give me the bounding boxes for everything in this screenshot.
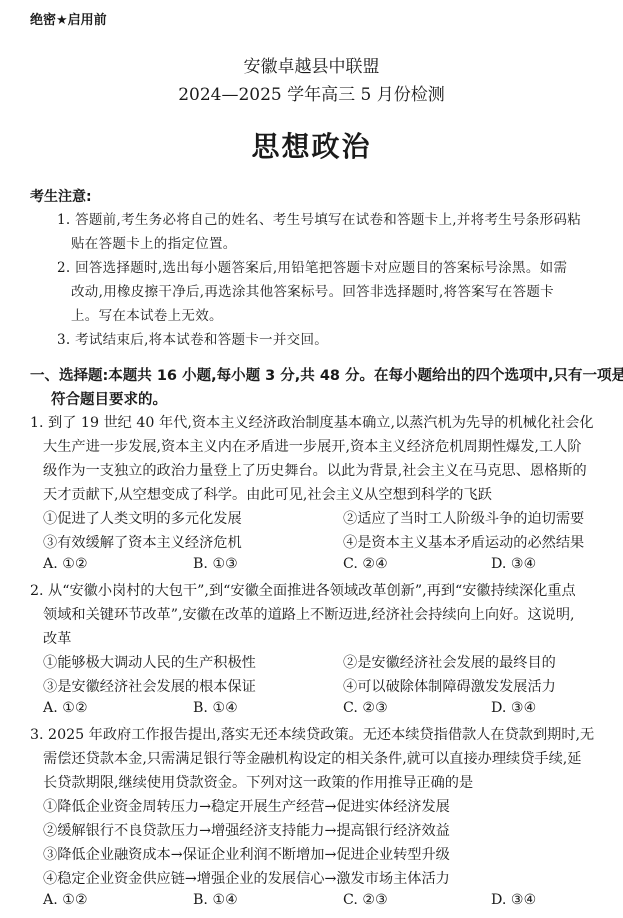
section-line: 一、选择题:本题共 16 小题,每小题 3 分,共 48 分。在每小题给出的四个… (30, 364, 623, 385)
question-text: 级作为一支独立的政治力量登上了历史舞台。以此为背景,社会主义在马克思、恩格斯的 (43, 460, 587, 480)
notice-line: 3. 考试结束后,将本试卷和答题卡一并交回。 (57, 328, 328, 348)
question-text: 长贷款期限,继续使用贷款资金。下列对这一政策的作用推导正确的是 (43, 772, 473, 792)
choice-c: C. ②④ (343, 556, 388, 572)
statement: ③是安徽经济社会发展的根本保证 (43, 676, 256, 696)
question-text: 1. 到了 19 世纪 40 年代,资本主义经济政治制度基本确立,以蒸汽机为先导… (30, 412, 594, 432)
choice-d: D. ③④ (491, 556, 536, 572)
question-text: 大生产进一步发展,资本主义内在矛盾进一步展开,资本主义经济危机周期性爆发,工人阶 (43, 436, 581, 456)
notice-line: 1. 答题前,考生务必将自己的姓名、考生号填写在试卷和答题卡上,并将考生号条形码… (57, 208, 581, 228)
statement: ④是资本主义基本矛盾运动的必然结果 (343, 532, 584, 552)
statement: ①能够极大调动人民的生产积极性 (43, 652, 256, 672)
choice-d: D. ③④ (491, 892, 536, 908)
question-text: 领域和关键环节改革”,安徽在改革的道路上不断迈进,经济社会持续向上向好。这说明, (43, 604, 575, 624)
confidential-label: 绝密★启用前 (30, 9, 107, 28)
choice-b: B. ①④ (193, 700, 238, 716)
question-text: 3. 2025 年政府工作报告提出,落实无还本续贷政策。无还本续贷指借款人在贷款… (30, 724, 594, 744)
choice-c: C. ②③ (343, 700, 388, 716)
statement: ①促进了人类文明的多元化发展 (43, 508, 242, 528)
statement: ①降低企业资金周转压力→稳定开展生产经营→促进实体经济发展 (43, 796, 450, 816)
statement: ④稳定企业资金供应链→增强企业的发展信心→激发市场主体活力 (43, 868, 450, 888)
question-text: 需偿还贷款本金,只需满足银行等金融机构设定的相关条件,就可以直接办理续贷手续,延 (43, 748, 581, 768)
choice-a: A. ①② (43, 556, 88, 572)
organization-title: 安徽卓越县中联盟 (0, 52, 623, 77)
exam-term: 2024—2025 学年高三 5 月份检测 (0, 80, 623, 105)
choice-a: A. ①② (43, 700, 88, 716)
choice-c: C. ②③ (343, 892, 388, 908)
notice-line: 改动,用橡皮擦干净后,再选涂其他答案标号。回答非选择题时,将答案写在答题卡 (71, 280, 554, 300)
notice-line: 贴在答题卡上的指定位置。 (71, 232, 237, 252)
choice-d: D. ③④ (491, 700, 536, 716)
statement: ③有效缓解了资本主义经济危机 (43, 532, 242, 552)
choice-b: B. ①③ (193, 556, 238, 572)
notice-line: 2. 回答选择题时,选出每小题答案后,用铅笔把答题卡对应题目的答案标号涂黑。如需 (57, 256, 567, 276)
choice-a: A. ①② (43, 892, 88, 908)
notice-line: 上。写在本试卷上无效。 (71, 304, 223, 324)
section-line: 符合题目要求的。 (51, 388, 167, 409)
choice-b: B. ①④ (193, 892, 238, 908)
subject-title: 思想政治 (0, 125, 623, 165)
question-text: 2. 从“安徽小岗村的大包干”,到“安徽全面推进各领域改革创新”,再到“安徽持续… (30, 580, 576, 600)
notice-title: 考生注意: (30, 186, 92, 206)
statement: ②是安徽经济社会发展的最终目的 (343, 652, 556, 672)
statement: ②适应了当时工人阶级斗争的迫切需要 (343, 508, 584, 528)
statement: ②缓解银行不良贷款压力→增强经济支持能力→提高银行经济效益 (43, 820, 450, 840)
statement: ④可以破除体制障碍激发发展活力 (343, 676, 556, 696)
question-text: 天才贡献下,从空想变成了科学。由此可见,社会主义从空想到科学的飞跃 (43, 484, 492, 504)
question-text: 改革 (43, 628, 71, 648)
statement: ③降低企业融资成本→保证企业利润不断增加→促进企业转型升级 (43, 844, 450, 864)
